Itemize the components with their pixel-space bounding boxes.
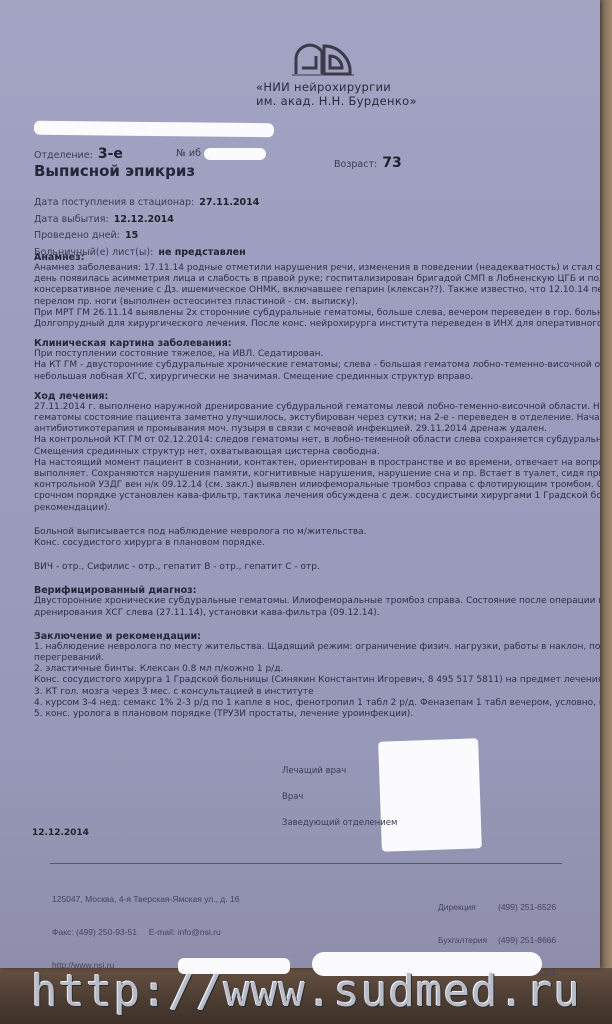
institute-line-2: им. акад. Н.Н. Бурденко» <box>256 94 417 108</box>
clinical-text: При поступлении состояние тяжелое, на ИВ… <box>34 349 600 383</box>
text-line: срочном порядке установлен кава-фильтр, … <box>34 491 600 502</box>
redacted-signatures <box>378 738 482 851</box>
text-line: день появилась асимметрия лица и слабост… <box>34 274 600 285</box>
discharge-document: «НИИ нейрохирургии им. акад. Н.Н. Бурден… <box>0 0 600 968</box>
contact-phone: (499) 251-6526 <box>498 902 556 912</box>
paper-edge <box>600 0 612 968</box>
document-title: Выписной эпикриз <box>34 162 195 180</box>
text-line: антибиотикотерапия и промывания моч. пуз… <box>34 424 600 435</box>
contact-phone: (499) 251-8666 <box>498 935 556 945</box>
footer-fax-email: Факс: (499) 250-93-51 E-mail: info@nsi.r… <box>52 927 239 938</box>
text-line: 1. наблюдение невролога по месту жительс… <box>34 642 600 653</box>
lab-results: ВИЧ - отр., Сифилис - отр., гепатит В - … <box>34 562 600 573</box>
days-value: 15 <box>125 230 138 241</box>
text-line: 5. конс. уролога в плановом порядке (ТРУ… <box>34 709 600 720</box>
text-line: Долгопрудный для хирургического лечения.… <box>34 319 600 330</box>
text-line: 27.11.2014 г. выполнено наружной дрениро… <box>34 402 600 413</box>
anamnesis-text: Анамнез заболевания: 17.11.14 родные отм… <box>34 263 600 330</box>
text-line: Конс. сосудистого хирурга в плановом пор… <box>34 538 600 549</box>
department-label: Отделение: <box>34 150 93 161</box>
text-line: 4. курсом 3-4 нед: семакс 1% 2-3 р/д по … <box>34 698 600 709</box>
discharge-notes: Больной выписывается под наблюдение невр… <box>34 527 600 549</box>
discharge-label: Дата выбытия: <box>34 214 109 225</box>
clinical-title: Клиническая картина заболевания: <box>34 338 600 349</box>
treatment-title: Ход лечения: <box>34 391 600 402</box>
treatment-text: 27.11.2014 г. выполнено наружной дрениро… <box>34 402 600 514</box>
text-line: При поступлении состояние тяжелое, на ИВ… <box>34 349 600 360</box>
age-label: Возраст: <box>334 159 377 170</box>
text-line: гематомы состояние пациента заметно улуч… <box>34 413 600 424</box>
diagnosis-text: Двусторонние хронические субдуральные ге… <box>34 596 600 618</box>
history-number-label: № иб <box>176 148 201 159</box>
department-head-label: Заведующий отделением <box>282 818 397 828</box>
doctor-label: Врач <box>282 792 303 802</box>
department-field: Отделение: 3-е <box>34 143 123 162</box>
attending-doctor-label: Лечащий врач <box>282 766 346 776</box>
text-line: При МРТ ГМ 26.11.14 выявлены 2х сторонни… <box>34 308 600 319</box>
institute-logo-icon <box>292 42 354 76</box>
department-value: 3-е <box>98 146 123 162</box>
diagnosis-title: Верифицированный диагноз: <box>34 585 600 596</box>
document-body: Анамнез: Анамнез заболевания: 17.11.14 р… <box>34 252 600 720</box>
text-line: На КТ ГМ - двусторонние субдуральные хро… <box>34 360 600 371</box>
text-line: На контрольной КТ ГМ от 02.12.2014: след… <box>34 435 600 446</box>
text-line: Смещения срединных структур нет, охватыв… <box>34 447 600 458</box>
text-line: перегреваний. <box>34 653 600 664</box>
anamnesis-title: Анамнез: <box>34 252 600 263</box>
redacted-history-number <box>204 148 266 160</box>
text-line: 2. эластичные бинты. Клексан 0.8 мл п/ко… <box>34 664 600 675</box>
text-line: Конс. сосудистого хирурга 1 Градской бол… <box>34 675 600 686</box>
age-value: 73 <box>382 155 401 171</box>
redacted-patient-name <box>34 121 274 138</box>
text-line: Двусторонние хронические субдуральные ге… <box>34 596 600 607</box>
contact-label: Дирекция <box>438 902 498 913</box>
dates-block: Дата поступления в стационар: 27.11.2014… <box>34 193 259 259</box>
text-line: перелом пр. ноги (выполнен остеосинтез п… <box>34 297 600 308</box>
institute-name: «НИИ нейрохирургии им. акад. Н.Н. Бурден… <box>256 80 417 108</box>
text-line: Анамнез заболевания: 17.11.14 родные отм… <box>34 263 600 274</box>
days-label: Проведено дней: <box>34 230 120 241</box>
text-line: Больной выписывается под наблюдение невр… <box>34 527 600 538</box>
text-line: На настоящий момент пациент в сознании, … <box>34 458 600 469</box>
admission-value: 27.11.2014 <box>199 197 259 208</box>
text-line: консервативное лечение с Дз. ишемическое… <box>34 285 600 296</box>
recommendations-title: Заключение и рекомендации: <box>34 631 600 642</box>
recommendations-text: 1. наблюдение невролога по месту жительс… <box>34 642 600 720</box>
watermark: http://www.sudmed.ru <box>0 966 612 1017</box>
admission-label: Дата поступления в стационар: <box>34 197 194 208</box>
text-line: контрольной УЗДГ вен н/к 09.12.14 (см. з… <box>34 480 600 491</box>
age-field: Возраст: 73 <box>334 152 402 171</box>
text-line: 3. КТ гол. мозга через 3 мес. с консульт… <box>34 687 600 698</box>
text-line: выполняет. Сохраняются нарушения памяти,… <box>34 469 600 480</box>
footer-divider <box>50 863 562 864</box>
text-line: небольшая лобная ХГС, хирургически не зн… <box>34 372 600 383</box>
institute-line-1: «НИИ нейрохирургии <box>256 80 417 94</box>
signature-date: 12.12.2014 <box>32 828 89 838</box>
contact-label: Бухгалтерия <box>438 935 498 946</box>
text-line: рекомендации). <box>34 503 600 514</box>
footer-address: 125047, Москва, 4-я Тверская-Ямская ул.,… <box>52 894 239 905</box>
text-line: дренирования ХСГ слева (27.11.14), устан… <box>34 608 600 619</box>
